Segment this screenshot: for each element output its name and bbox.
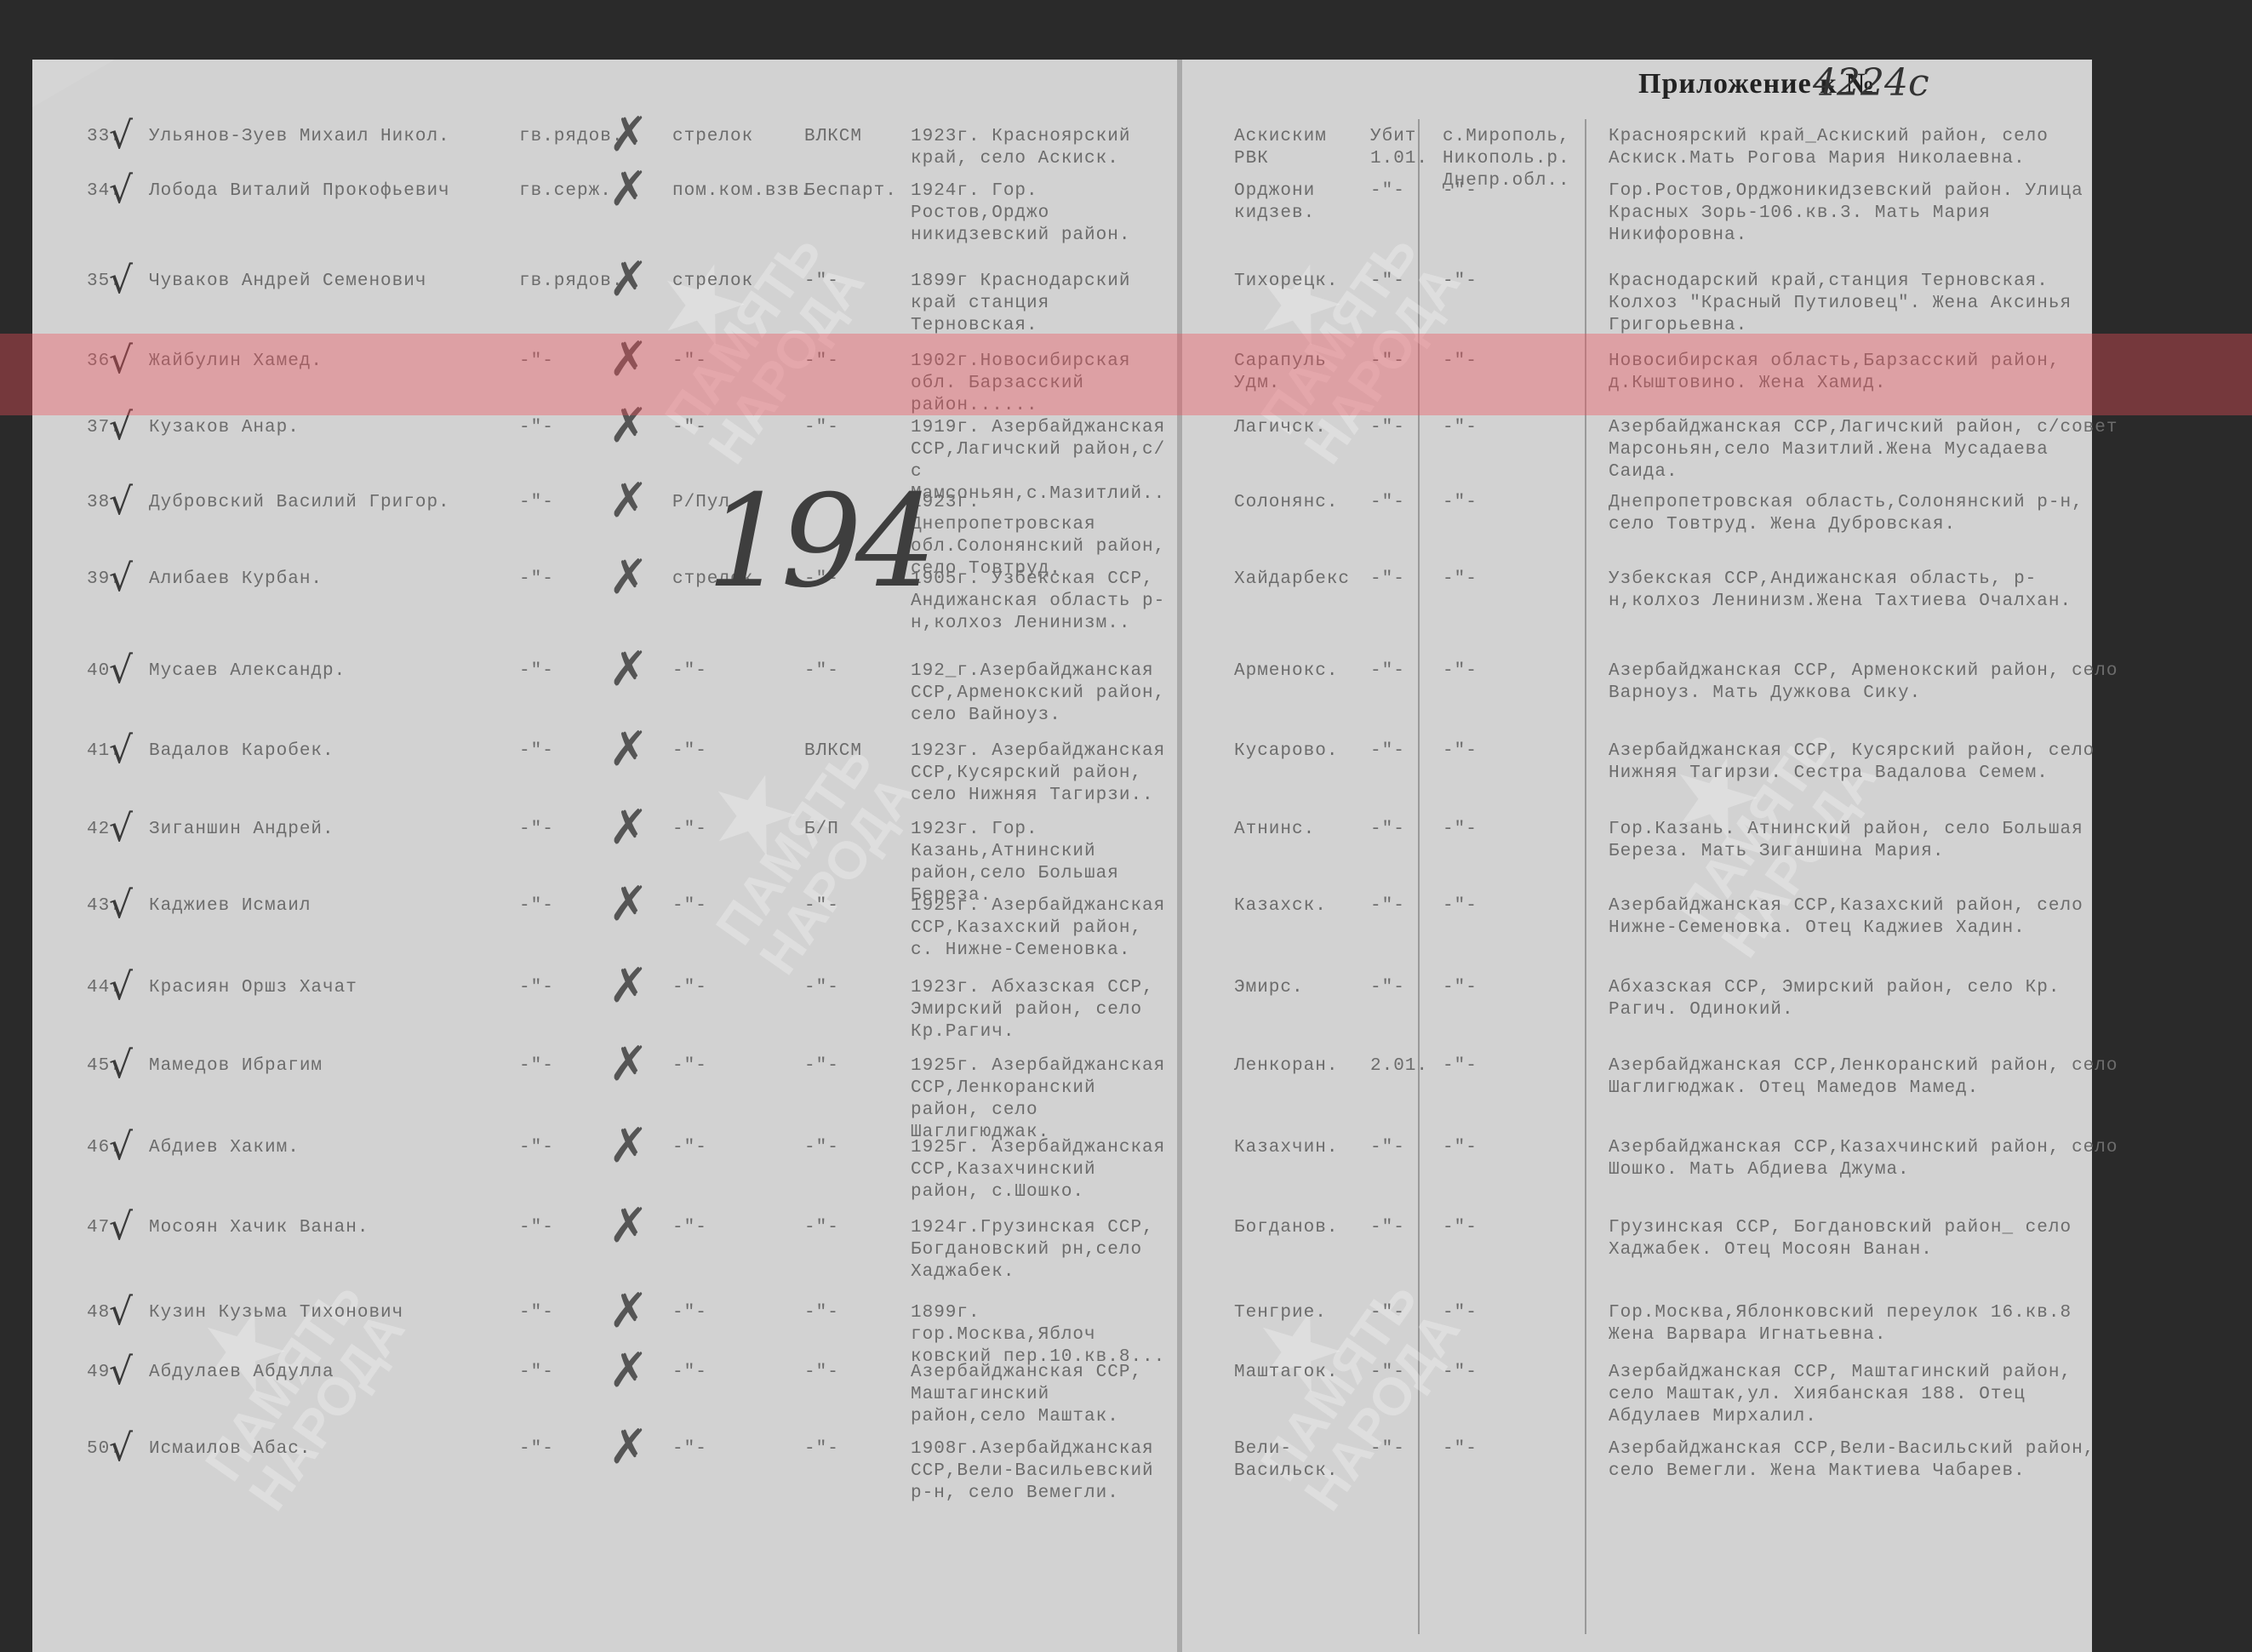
cell-num: 49: [87, 1362, 110, 1384]
cell-fate: -"-: [1370, 271, 1430, 293]
cell-place: Солонянс.: [1234, 492, 1362, 514]
cell-place: Тенгрие.: [1234, 1302, 1362, 1324]
cell-fate: -"-: [1370, 569, 1430, 591]
cell-family: Азербайджанская ССР,Казахчинский район, …: [1609, 1137, 2119, 1181]
cell-role: -"-: [672, 1137, 800, 1159]
cell-family: Азербайджанская ССР,Казахский район, сел…: [1609, 895, 2119, 940]
cell-birth: 1923г. Гор. Казань,Атнинский район,село …: [911, 819, 1175, 907]
cell-num: 42: [87, 819, 110, 841]
cell-birth: 1925г. Азербайджанская ССР,Казахский рай…: [911, 895, 1175, 962]
cell-family: Азербайджанская ССР, Маштагинский район,…: [1609, 1362, 2119, 1428]
cell-org: -"-: [804, 1362, 898, 1384]
cell-role: -"-: [672, 895, 800, 917]
cell-role: -"-: [672, 819, 800, 841]
cell-birth: 1923г. Абхазская ССР, Эмирский район, се…: [911, 977, 1175, 1043]
cell-name: Зиганшин Андрей.: [149, 819, 506, 841]
cell-fate: -"-: [1370, 895, 1430, 917]
cell-name: Жайбулин Хамед.: [149, 351, 506, 373]
cell-family: Красноярский край_Аскиский район, село А…: [1609, 126, 2119, 170]
cell-org: -"-: [804, 1217, 898, 1239]
cross-check-icon: ✗: [609, 162, 649, 217]
cell-family: Краснодарский край,станция Терновская. К…: [1609, 271, 2119, 337]
cell-num: 40: [87, 660, 110, 683]
checkmark-icon: √: [109, 557, 133, 600]
cell-fate: -"-: [1370, 1362, 1430, 1384]
cross-check-icon: ✗: [609, 1343, 649, 1398]
cell-place: Маштагок.: [1234, 1362, 1362, 1384]
cell-org: -"-: [804, 1137, 898, 1159]
cell-burial: -"-: [1443, 895, 1587, 917]
cell-name: Каджиев Исмаил: [149, 895, 506, 917]
cell-fate: -"-: [1370, 1137, 1430, 1159]
cell-place: Лагичск.: [1234, 417, 1362, 439]
cell-birth: 192_г.Азербайджанская ССР,Арменокский ра…: [911, 660, 1175, 727]
cell-burial: -"-: [1443, 1137, 1587, 1159]
cell-family: Гор.Казань. Атнинский район, село Больша…: [1609, 819, 2119, 863]
cell-name: Ульянов-Зуев Михаил Никол.: [149, 126, 506, 148]
cell-fate: Убит 1.01.: [1370, 126, 1430, 170]
cross-check-icon: ✗: [609, 1420, 649, 1475]
cell-burial: -"-: [1443, 1055, 1587, 1078]
checkmark-icon: √: [109, 169, 133, 212]
checkmark-icon: √: [109, 883, 133, 927]
cross-check-icon: ✗: [609, 1283, 649, 1339]
cell-fate: -"-: [1370, 740, 1430, 763]
cell-place: Аскиским РВК: [1234, 126, 1362, 170]
cross-check-icon: ✗: [609, 332, 649, 387]
cell-fate: -"-: [1370, 1217, 1430, 1239]
cell-num: 47: [87, 1217, 110, 1239]
cell-org: -"-: [804, 895, 898, 917]
cell-birth: 1923г. Азербайджанская ССР,Кусярский рай…: [911, 740, 1175, 807]
checkmark-icon: √: [109, 114, 133, 157]
cell-birth: 1923г. Красноярский край, село Аскиск.: [911, 126, 1175, 170]
cell-burial: -"-: [1443, 417, 1587, 439]
cell-name: Мосоян Хачик Ванан.: [149, 1217, 506, 1239]
cell-burial: -"-: [1443, 492, 1587, 514]
cell-birth: 1902г.Новосибирская обл. Барзасский райо…: [911, 351, 1175, 417]
cell-birth: 1899г Краснодарский край станция Терновс…: [911, 271, 1175, 337]
cell-fate: -"-: [1370, 492, 1430, 514]
cell-name: Красиян Оршз Хачат: [149, 977, 506, 999]
cell-name: Алибаев Курбан.: [149, 569, 506, 591]
cell-family: Азербайджанская ССР,Лагичский район, с/с…: [1609, 417, 2119, 483]
cell-org: ВЛКСМ: [804, 126, 898, 148]
cell-burial: -"-: [1443, 1302, 1587, 1324]
cell-name: Кузин Кузьма Тихонович: [149, 1302, 506, 1324]
cell-place: Богданов.: [1234, 1217, 1362, 1239]
cell-org: -"-: [804, 977, 898, 999]
cell-family: Азербайджанская ССР, Арменокский район, …: [1609, 660, 2119, 705]
cell-org: -"-: [804, 660, 898, 683]
cell-place: Вели-Васильск.: [1234, 1438, 1362, 1483]
checkmark-icon: √: [109, 807, 133, 850]
cell-fate: -"-: [1370, 180, 1430, 203]
cell-fate: -"-: [1370, 977, 1430, 999]
checkmark-icon: √: [109, 649, 133, 692]
cell-place: Сарапуль Удм.: [1234, 351, 1362, 395]
checkmark-icon: √: [109, 1350, 133, 1393]
checkmark-icon: √: [109, 965, 133, 1009]
checkmark-icon: √: [109, 729, 133, 772]
cell-family: Узбекская ССР,Андижанская область, р-н,к…: [1609, 569, 2119, 613]
cell-family: Азербайджанская ССР,Вели-Васильский райо…: [1609, 1438, 2119, 1483]
checkmark-icon: √: [109, 480, 133, 523]
cell-burial: -"-: [1443, 351, 1587, 373]
cell-role: -"-: [672, 740, 800, 763]
cross-check-icon: ✗: [609, 473, 649, 529]
cell-org: -"-: [804, 271, 898, 293]
checkmark-icon: √: [109, 1043, 133, 1087]
cell-birth: 1905г. Узбекская ССР, Андижанская област…: [911, 569, 1175, 635]
cell-num: 48: [87, 1302, 110, 1324]
cell-role: -"-: [672, 351, 800, 373]
cell-role: -"-: [672, 1438, 800, 1461]
cell-burial: -"-: [1443, 1438, 1587, 1461]
cell-role: -"-: [672, 1055, 800, 1078]
cell-fate: -"-: [1370, 351, 1430, 373]
cross-check-icon: ✗: [609, 252, 649, 307]
cell-role: -"-: [672, 1302, 800, 1324]
checkmark-icon: √: [109, 1426, 133, 1470]
cell-birth: 1924г.Грузинская ССР, Богдановский рн,се…: [911, 1217, 1175, 1283]
cell-role: пом.ком.взв.: [672, 180, 800, 203]
cell-fate: -"-: [1370, 660, 1430, 683]
cross-check-icon: ✗: [609, 1198, 649, 1254]
checkmark-icon: √: [109, 1125, 133, 1169]
cell-role: -"-: [672, 1362, 800, 1384]
cross-check-icon: ✗: [609, 722, 649, 777]
cell-place: Казахчин.: [1234, 1137, 1362, 1159]
cell-burial: -"-: [1443, 180, 1587, 203]
page-fold: [1177, 60, 1182, 1652]
cell-burial: -"-: [1443, 271, 1587, 293]
cell-name: Абдиев Хаким.: [149, 1137, 506, 1159]
handwritten-mark: 194: [706, 468, 929, 616]
cell-birth: 1899г. гор.Москва,Яблоч ковский пер.10.к…: [911, 1302, 1175, 1369]
cell-place: Казахск.: [1234, 895, 1362, 917]
cell-name: Мамедов Ибрагим: [149, 1055, 506, 1078]
cell-place: Ленкоран.: [1234, 1055, 1362, 1078]
cross-check-icon: ✗: [609, 550, 649, 605]
cell-place: Хайдарбекс: [1234, 569, 1362, 591]
cell-org: -"-: [804, 1438, 898, 1461]
cross-check-icon: ✗: [609, 1037, 649, 1092]
cell-birth: 1924г. Гор. Ростов,Орджо никидзевский ра…: [911, 180, 1175, 247]
checkmark-icon: √: [109, 1290, 133, 1334]
cell-burial: -"-: [1443, 1362, 1587, 1384]
cell-name: Вадалов Каробек.: [149, 740, 506, 763]
cell-org: -"-: [804, 1302, 898, 1324]
cell-burial: -"-: [1443, 819, 1587, 841]
cell-fate: 2.01.: [1370, 1055, 1430, 1078]
cross-check-icon: ✗: [609, 642, 649, 697]
checkmark-icon: √: [109, 259, 133, 302]
cell-birth: 1925г. Азербайджанская ССР,Казахчинский …: [911, 1137, 1175, 1203]
cell-org: ВЛКСМ: [804, 740, 898, 763]
cell-role: стрелок: [672, 126, 800, 148]
cell-role: -"-: [672, 977, 800, 999]
cell-role: стрелок: [672, 271, 800, 293]
cell-name: Кузаков Анар.: [149, 417, 506, 439]
cell-burial: -"-: [1443, 1217, 1587, 1239]
cell-family: Грузинская ССР, Богдановский район_ село…: [1609, 1217, 2119, 1261]
cell-family: Азербайджанская ССР,Ленкоранский район, …: [1609, 1055, 2119, 1100]
cell-birth: 1908г.Азербайджанская ССР,Вели-Васильевс…: [911, 1438, 1175, 1505]
cell-place: Тихорецк.: [1234, 271, 1362, 293]
cross-check-icon: ✗: [609, 877, 649, 932]
cell-place: Арменокс.: [1234, 660, 1362, 683]
cross-check-icon: ✗: [609, 1118, 649, 1174]
cell-birth: 1925г. Азербайджанская ССР,Ленкоранский …: [911, 1055, 1175, 1144]
checkmark-icon: √: [109, 339, 133, 382]
cell-burial: -"-: [1443, 569, 1587, 591]
cell-role: -"-: [672, 660, 800, 683]
cell-family: Абхазская ССР, Эмирский район, село Кр. …: [1609, 977, 2119, 1021]
cell-name: Мусаев Александр.: [149, 660, 506, 683]
cell-place: Эмирс.: [1234, 977, 1362, 999]
cross-check-icon: ✗: [609, 800, 649, 855]
cell-name: Абдулаев Абдулла: [149, 1362, 506, 1384]
checkmark-icon: √: [109, 1205, 133, 1249]
cell-family: Днепропетровская область,Солонянский р-н…: [1609, 492, 2119, 536]
cell-fate: -"-: [1370, 819, 1430, 841]
cell-place: Орджони кидзев.: [1234, 180, 1362, 225]
column-divider: [1418, 119, 1420, 1634]
cell-place: Атнинс.: [1234, 819, 1362, 841]
cell-family: Гор.Ростов,Орджоникидзевский район. Улиц…: [1609, 180, 2119, 247]
cell-role: -"-: [672, 417, 800, 439]
cell-fate: -"-: [1370, 417, 1430, 439]
column-divider: [1585, 119, 1586, 1634]
cell-fate: -"-: [1370, 1302, 1430, 1324]
cell-num: 38: [87, 492, 110, 514]
cell-org: -"-: [804, 351, 898, 373]
cross-check-icon: ✗: [609, 398, 649, 454]
cell-name: Чуваков Андрей Семенович: [149, 271, 506, 293]
cell-place: Кусарово.: [1234, 740, 1362, 763]
cell-name: Исмаилов Абас.: [149, 1438, 506, 1461]
cell-org: Беспарт.: [804, 180, 898, 203]
cell-num: 36: [87, 351, 110, 373]
cell-birth: Азербайджанская ССР, Маштагинский район,…: [911, 1362, 1175, 1428]
cell-burial: -"-: [1443, 977, 1587, 999]
checkmark-icon: √: [109, 405, 133, 449]
cell-family: Гор.Москва,Яблонковский переулок 16.кв.8…: [1609, 1302, 2119, 1346]
document-header-number: 4224с: [1813, 61, 1929, 105]
cell-birth: 1923г. Днепропетровская обл.Солонянский …: [911, 492, 1175, 580]
cell-family: Новосибирская область,Барзасский район, …: [1609, 351, 2119, 395]
cross-check-icon: ✗: [609, 107, 649, 163]
cell-burial: -"-: [1443, 660, 1587, 683]
cell-fate: -"-: [1370, 1438, 1430, 1461]
cell-family: Азербайджанская ССР, Кусярский район, се…: [1609, 740, 2119, 785]
cell-burial: -"-: [1443, 740, 1587, 763]
cell-org: -"-: [804, 417, 898, 439]
cell-org: -"-: [804, 1055, 898, 1078]
cell-name: Дубровский Василий Григор.: [149, 492, 506, 514]
cross-check-icon: ✗: [609, 958, 649, 1014]
cell-name: Лобода Виталий Прокофьевич: [149, 180, 506, 203]
cell-org: Б/П: [804, 819, 898, 841]
cell-role: -"-: [672, 1217, 800, 1239]
